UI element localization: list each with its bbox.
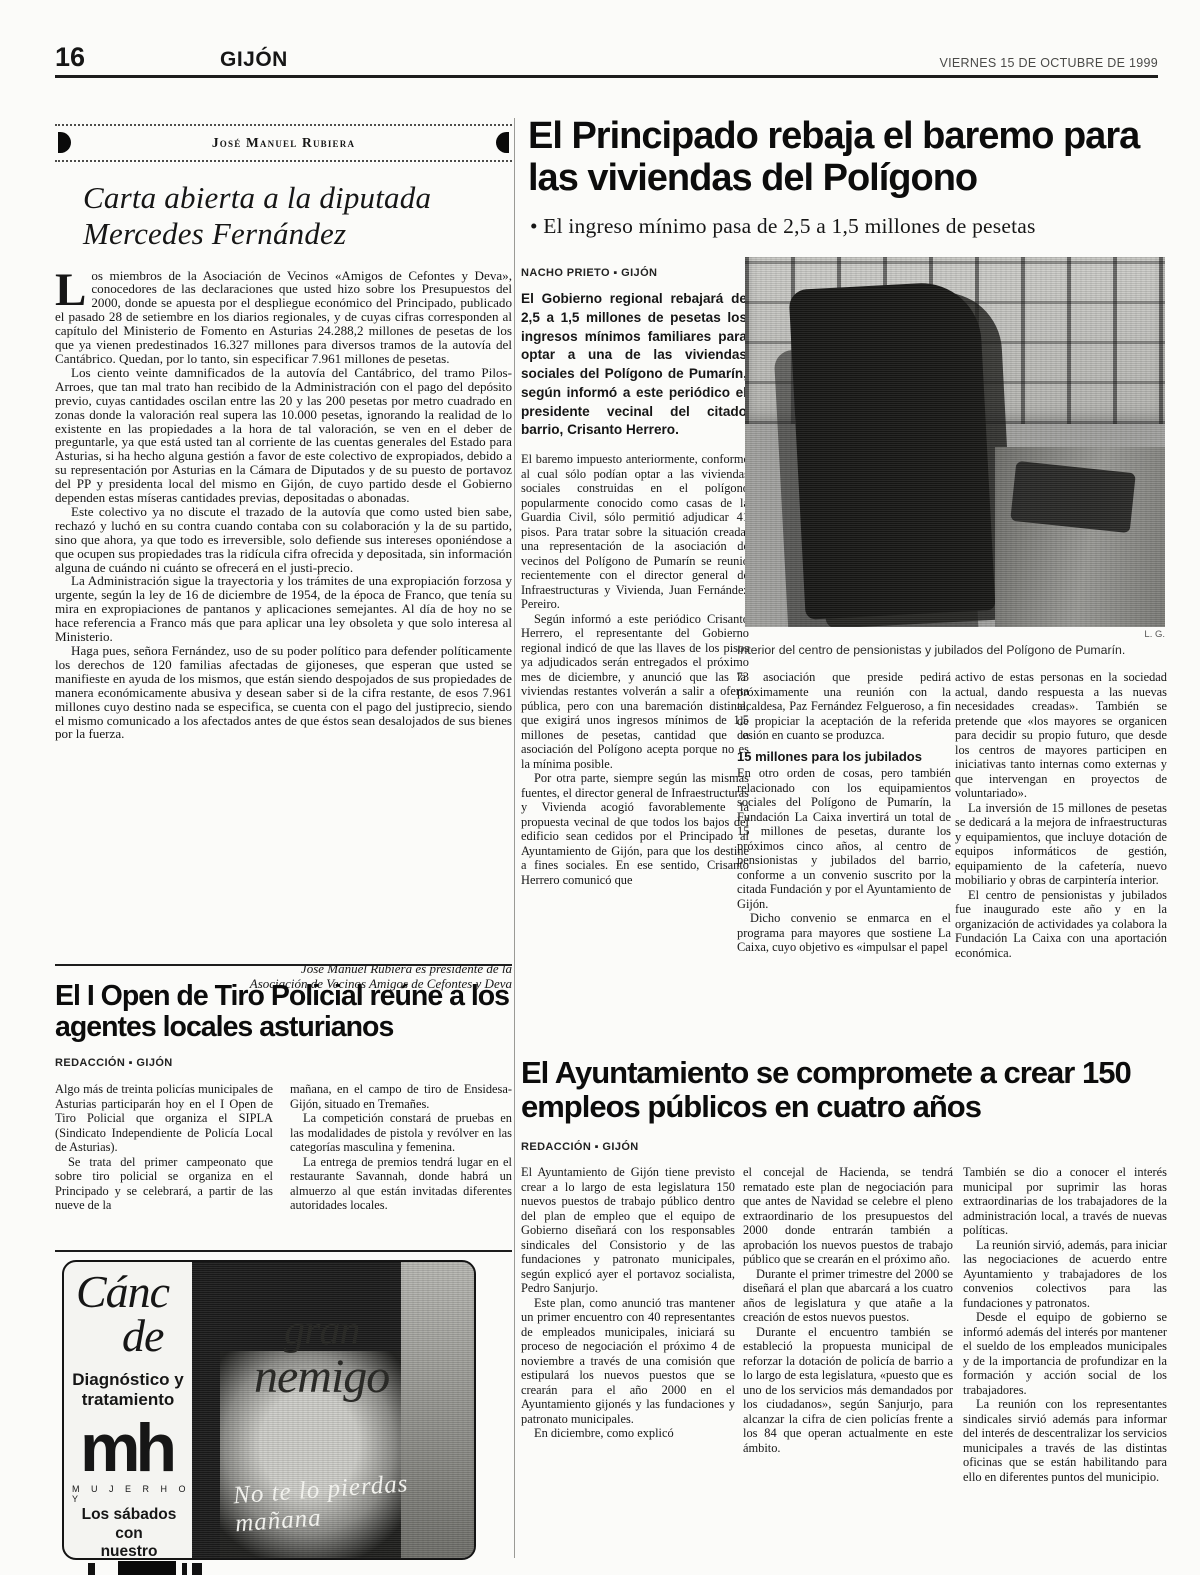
page-number: 16: [55, 42, 85, 73]
body-paragraph: El centro de pensionistas y jubilados fu…: [955, 888, 1167, 961]
kicker-author: José Manuel Rubiera: [212, 135, 355, 151]
body-paragraph: Haga pues, señora Fernández, uso de su p…: [55, 644, 512, 741]
body-paragraph: La reunión sirvió, además, para iniciar …: [963, 1238, 1167, 1311]
ad-photo: gran nemigo No te lo pierdas mañana: [192, 1262, 474, 1558]
body-paragraph: La competición constará de pruebas en la…: [290, 1111, 512, 1155]
tiro-bottom-rule: [55, 1250, 512, 1252]
principado-col2b: En otro orden de cosas, pero también rel…: [737, 766, 951, 955]
body-paragraph: Durante el primer trimestre del 2000 se …: [743, 1267, 953, 1325]
photo-caption: Interior del centro de pensionistas y ju…: [737, 643, 1167, 657]
carta-paragraphs: Los ciento veinte damnificados de la aut…: [55, 366, 512, 741]
principado-col3: activo de estas personas en la sociedad …: [955, 670, 1167, 1060]
ad-diagnostico: Diagnóstico y tratamiento: [68, 1370, 188, 1411]
body-paragraph: Se trata del primer campeonato que sobre…: [55, 1155, 273, 1213]
ad-word-cancer: Cánc: [76, 1270, 169, 1314]
tiro-headline: El I Open de Tiro Policial reúne a los a…: [55, 981, 517, 1044]
mujer-hoy-ad: gran nemigo No te lo pierdas mañana Cánc…: [62, 1260, 476, 1560]
body-paragraph: mañana, en el campo de tiro de Ensidesa-…: [290, 1082, 512, 1111]
ayuntamiento-col3: También se dio a conocer el interés muni…: [963, 1165, 1167, 1561]
ayuntamiento-col1: El Ayuntamiento de Gijón tiene previsto …: [521, 1165, 735, 1561]
mujer-hoy-logo-letters: M U J E R H O Y: [72, 1484, 192, 1504]
ayuntamiento-col2: el concejal de Hacienda, se tendrá remat…: [743, 1165, 953, 1561]
photo-grain-overlay: [745, 257, 1165, 627]
ad-big-word-2: nemigo: [254, 1354, 389, 1400]
body-paragraph: En diciembre, como explicó: [521, 1426, 735, 1441]
kicker-left-ornament-icon: [58, 132, 71, 153]
tiro-col1: Algo más de treinta policías municipales…: [55, 1082, 273, 1244]
ayuntamiento-byline: REDACCIÓN ▪ GIJÓN: [521, 1141, 639, 1153]
body-paragraph: Algo más de treinta policías municipales…: [55, 1082, 273, 1155]
kicker-bar: José Manuel Rubiera: [55, 124, 512, 162]
kicker-right-ornament-icon: [496, 132, 509, 153]
section-title: GIJÓN: [220, 48, 288, 72]
body-paragraph: Los ciento veinte damnificados de la aut…: [55, 366, 512, 505]
carta-paragraph-text: os miembros de la Asociación de Vecinos …: [55, 269, 512, 366]
header-rule: [55, 75, 1158, 78]
body-paragraph: La Administración sigue la trayectoria y…: [55, 574, 512, 644]
principado-byline: NACHO PRIETO ▪ GIJÓN: [521, 267, 657, 279]
tiro-byline: REDACCIÓN ▪ GIJÓN: [55, 1057, 173, 1069]
ad-word-de: de: [122, 1314, 163, 1358]
body-paragraph: activo de estas personas en la sociedad …: [955, 670, 1167, 801]
carta-body: Los miembros de la Asociación de Vecinos…: [55, 269, 512, 961]
principado-headline: El Principado rebaja el baremo para las …: [528, 116, 1173, 200]
body-paragraph: la asociación que preside pedirá próxima…: [737, 670, 951, 743]
mujer-hoy-logo: mh: [80, 1420, 172, 1478]
body-paragraph: La entrega de premios tendrá lugar en el…: [290, 1155, 512, 1213]
scan-mark-1: [88, 1563, 95, 1575]
column-divider: [514, 118, 515, 1558]
scan-mark-4: [192, 1563, 202, 1575]
carta-title: Carta abierta a la diputada Mercedes Fer…: [83, 180, 503, 253]
body-paragraph: Dicho convenio se enmarca en el programa…: [737, 911, 951, 955]
principado-subdeck: • El ingreso mínimo pasa de 2,5 a 1,5 mi…: [530, 214, 1170, 239]
ad-sabados-line1: Los sábados con: [66, 1506, 192, 1543]
article-photo: [745, 257, 1165, 627]
ad-big-word-1: gran: [284, 1312, 359, 1352]
body-paragraph: Por otra parte, siempre según las mismas…: [521, 771, 749, 887]
body-paragraph: La inversión de 15 millones de pesetas s…: [955, 801, 1167, 888]
carta-paragraph-first: Los miembros de la Asociación de Vecinos…: [55, 269, 512, 366]
body-paragraph: El baremo impuesto anteriormente, confor…: [521, 452, 749, 612]
article-carta: José Manuel Rubiera Carta abierta a la d…: [55, 124, 512, 991]
principado-col1: El baremo impuesto anteriormente, confor…: [521, 452, 749, 1040]
body-paragraph: También se dio a conocer el interés muni…: [963, 1165, 1167, 1238]
body-paragraph: En otro orden de cosas, pero también rel…: [737, 766, 951, 911]
body-paragraph: Este colectivo ya no discute el trazado …: [55, 505, 512, 575]
carta-bottom-rule: [55, 964, 512, 966]
body-paragraph: Según informó a este periódico Crisanto …: [521, 612, 749, 772]
photo-credit: L. G.: [745, 629, 1165, 640]
body-paragraph: Durante el encuentro también se establec…: [743, 1325, 953, 1456]
ayuntamiento-headline: El Ayuntamiento se compromete a crear 15…: [521, 1056, 1173, 1124]
scan-mark-2: [118, 1561, 176, 1575]
principado-col2a: la asociación que preside pedirá próxima…: [737, 670, 951, 743]
body-paragraph: La reunión con los representantes sindic…: [963, 1397, 1167, 1484]
principado-col2: la asociación que preside pedirá próxima…: [737, 670, 951, 1060]
ad-sabados: Los sábados con nuestro periódico: [66, 1506, 192, 1560]
body-paragraph: Este plan, como anunció tras mantener un…: [521, 1296, 735, 1427]
principado-lead: El Gobierno regional rebajará de 2,5 a 1…: [521, 290, 747, 440]
body-paragraph: El Ayuntamiento de Gijón tiene previsto …: [521, 1165, 735, 1296]
newspaper-page: 16 GIJÓN VIERNES 15 DE OCTUBRE DE 1999 J…: [0, 0, 1200, 1575]
signature-line-1: José Manuel Rubiera es presidente de la: [55, 961, 512, 976]
principado-subhead2: 15 millones para los jubilados: [737, 750, 951, 765]
tiro-col2: mañana, en el campo de tiro de Ensidesa-…: [290, 1082, 512, 1244]
page-date: VIERNES 15 DE OCTUBRE DE 1999: [790, 56, 1158, 70]
body-paragraph: Desde el equipo de gobierno se informó a…: [963, 1310, 1167, 1397]
body-paragraph: el concejal de Hacienda, se tendrá remat…: [743, 1165, 953, 1267]
ad-sabados-line2: nuestro periódico: [66, 1543, 192, 1560]
dropcap: L: [55, 269, 91, 308]
scan-mark-3: [182, 1563, 187, 1575]
